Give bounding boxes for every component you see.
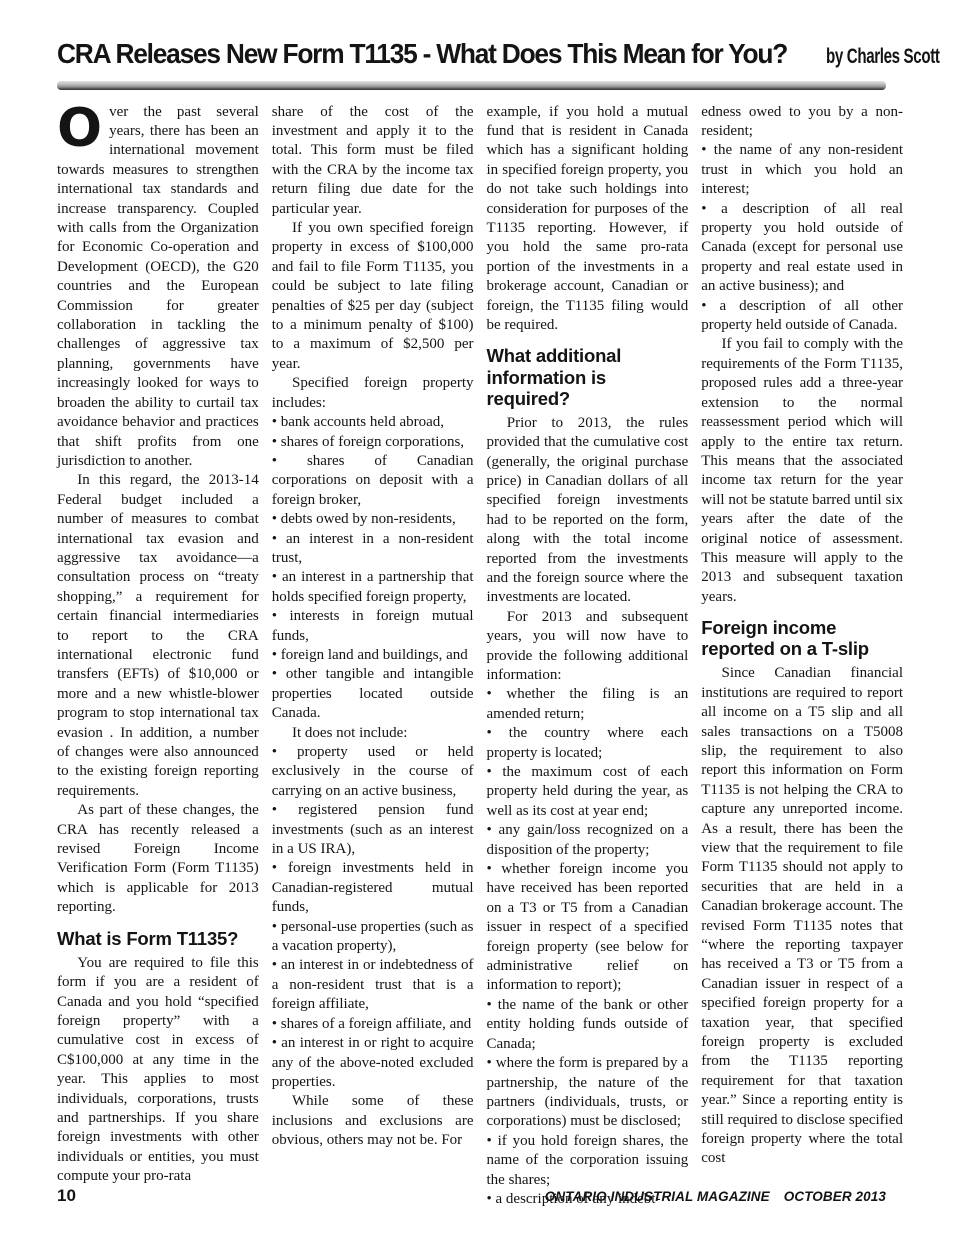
article-body: Over the past several years, there has b… [57, 103, 903, 1210]
bullet-item: • the maximum cost of each property held… [487, 763, 689, 821]
bullet-item: • the name of any non-resident trust in … [701, 141, 903, 199]
paragraph: edness owed to you by a non-resident; [701, 103, 903, 142]
paragraph: As part of these changes, the CRA has re… [57, 801, 259, 917]
paragraph: Prior to 2013, the rules provided that t… [487, 414, 689, 608]
article-title: CRA Releases New Form T1135 - What Does … [57, 39, 787, 68]
paragraph: share of the cost of the investment and … [272, 103, 474, 219]
paragraph: In this regard, the 2013-14 Federal budg… [57, 471, 259, 801]
bullet-item: • foreign investments held in Canadian-r… [272, 859, 474, 917]
bullet-item: • any gain/loss recognized on a disposit… [487, 821, 689, 860]
paragraph: For 2013 and subsequent years, you will … [487, 608, 689, 686]
article-column-3: example, if you hold a mutual fund that … [487, 103, 689, 1210]
bullet-item: • whether foreign income you have receiv… [487, 860, 689, 996]
bullet-item: • if you hold foreign shares, the name o… [487, 1132, 689, 1190]
bullet-item: • shares of a foreign affiliate, and [272, 1015, 474, 1034]
bullet-item: • property used or held exclusively in t… [272, 743, 474, 801]
paragraph: Since Canadian financial institutions ar… [701, 664, 903, 1169]
paragraph: You are required to file this form if yo… [57, 954, 259, 1187]
article-headline: CRA Releases New Form T1135 - What Does … [57, 36, 903, 70]
bullet-item: • registered pension fund investments (s… [272, 801, 474, 859]
bullet-item: • other tangible and intangible properti… [272, 665, 474, 723]
bullet-item: • a description of all other property he… [701, 297, 903, 336]
bullet-item: • shares of foreign corporations, [272, 433, 474, 452]
bullet-item: • shares of Canadian corporations on dep… [272, 452, 474, 510]
bullet-item: • an interest in or indebtedness of a no… [272, 956, 474, 1014]
paragraph: It does not include: [272, 724, 474, 743]
bullet-item: • the country where each property is loc… [487, 724, 689, 763]
paragraph: While some of these inclusions and exclu… [272, 1092, 474, 1150]
header-rule [57, 81, 886, 90]
magazine-page: CRA Releases New Form T1135 - What Does … [0, 0, 960, 1255]
bullet-item: • where the form is prepared by a partne… [487, 1054, 689, 1132]
article-column-2: share of the cost of the investment and … [272, 103, 474, 1210]
paragraph: example, if you hold a mutual fund that … [487, 103, 689, 336]
section-heading: What additional information is required? [487, 345, 689, 408]
bullet-item: • debts owed by non-residents, [272, 510, 474, 529]
bullet-item: • whether the filing is an amended retur… [487, 685, 689, 724]
paragraph: If you own specified foreign property in… [272, 219, 474, 374]
page-number: 10 [57, 1186, 76, 1206]
article-column-1: Over the past several years, there has b… [57, 103, 259, 1210]
paragraph: If you fail to comply with the requireme… [701, 335, 903, 607]
page-footer: 10 ONTARIO INDUSTRIAL MAGAZINEOCTOBER 20… [57, 1186, 886, 1206]
bullet-item: • an interest in or right to acquire any… [272, 1034, 474, 1092]
article-header: CRA Releases New Form T1135 - What Does … [57, 36, 903, 90]
paragraph: Over the past several years, there has b… [57, 103, 259, 472]
section-heading: Foreign income reported on a T-slip [701, 617, 903, 659]
bullet-item: • an interest in a partnership that hold… [272, 568, 474, 607]
footer-credit: ONTARIO INDUSTRIAL MAGAZINEOCTOBER 2013 [545, 1189, 886, 1204]
article-byline: by Charles Scott [826, 46, 940, 68]
bullet-item: • a description of all real property you… [701, 200, 903, 297]
magazine-name: ONTARIO INDUSTRIAL MAGAZINE [545, 1189, 770, 1204]
article-column-4: edness owed to you by a non-resident;• t… [701, 103, 903, 1210]
drop-cap: O [57, 107, 102, 151]
bullet-item: • personal-use properties (such as a vac… [272, 918, 474, 957]
section-heading: What is Form T1135? [57, 928, 259, 949]
bullet-item: • the name of the bank or other entity h… [487, 996, 689, 1054]
bullet-item: • an interest in a non-resident trust, [272, 530, 474, 569]
paragraph: Specified foreign property includes: [272, 374, 474, 413]
bullet-item: • bank accounts held abroad, [272, 413, 474, 432]
issue-date: OCTOBER 2013 [784, 1189, 886, 1204]
bullet-item: • interests in foreign mutual funds, [272, 607, 474, 646]
bullet-item: • foreign land and buildings, and [272, 646, 474, 665]
